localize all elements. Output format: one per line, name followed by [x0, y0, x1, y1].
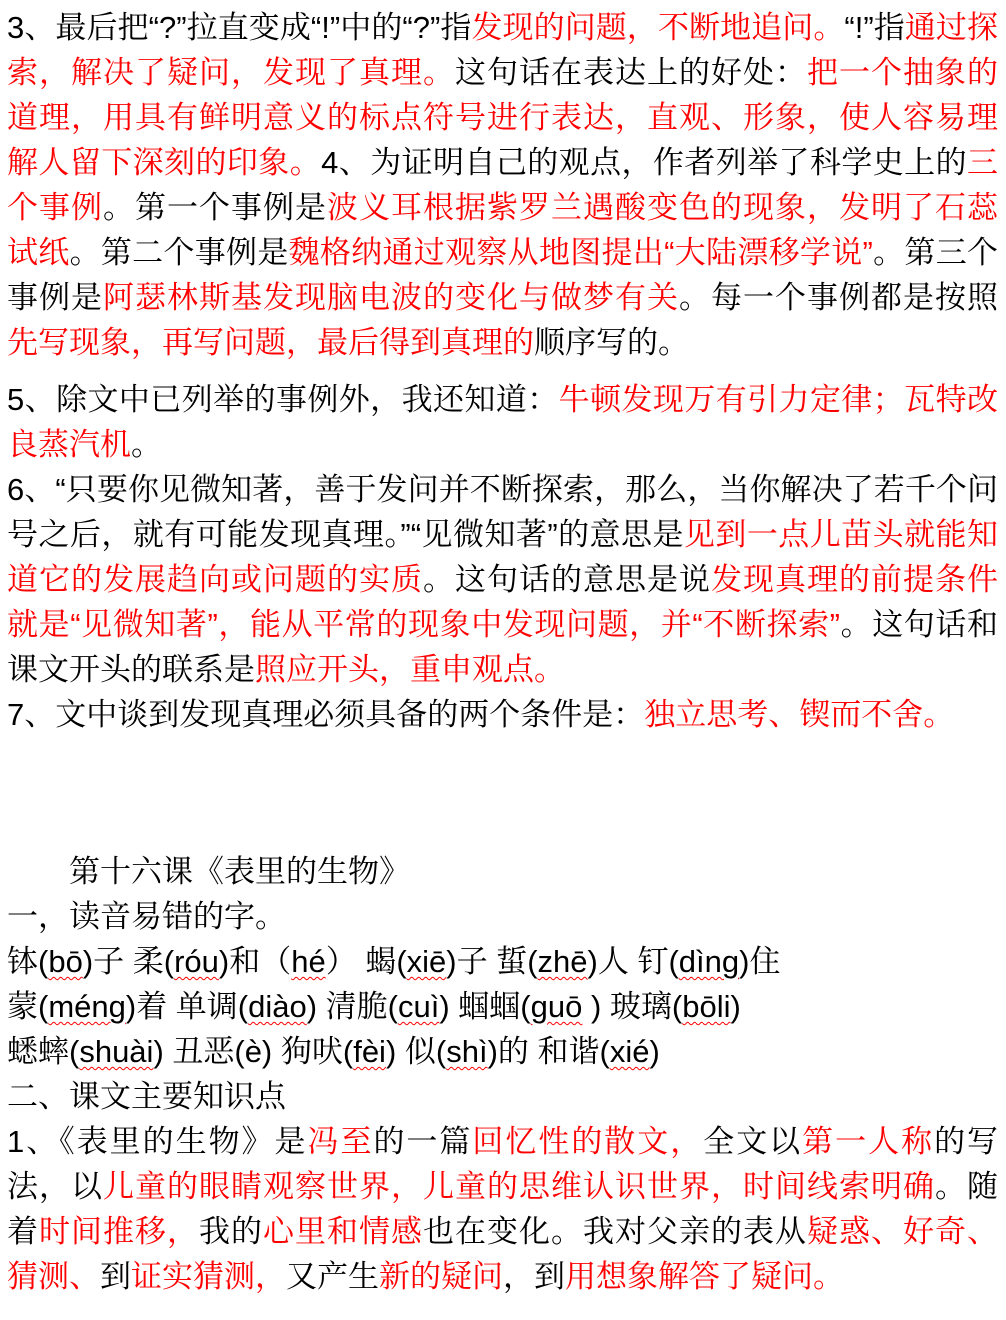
pinyin-annotation: xié — [610, 1034, 650, 1069]
body-text: 1、《表里的生物》是 — [7, 1124, 308, 1159]
highlight-red-text: 冯至 — [308, 1124, 374, 1159]
item-3-4: 3、最后把“?”拉直变成“!”中的“?”指发现的问题，不断地追问。“!”指通过探… — [7, 5, 998, 365]
pinyin-annotation: bōli — [682, 989, 730, 1024]
highlight-red-text: 时间推移， — [39, 1214, 199, 1249]
pinyin-annotation: xiē — [407, 944, 447, 979]
highlight-red-text: 证实猜测， — [131, 1259, 286, 1294]
item-7: 7、文中谈到发现真理必须具备的两个条件是：独立思考、锲而不舍。 — [7, 692, 998, 737]
section-1-heading: 一，读音易错的字。 — [7, 894, 998, 939]
body-text: )子 蜇( — [446, 944, 537, 979]
document-body: 3、最后把“?”拉直变成“!”中的“?”指发现的问题，不断地追问。“!”指通过探… — [7, 5, 998, 1299]
pinyin-annotation: cuì — [398, 989, 439, 1024]
body-text: 。第二个事例是 — [70, 235, 289, 270]
pinyin-line-2: 蒙(méng)着 单调(diào) 清脆(cuì) 蝈蝈(guō ) 玻璃(bō… — [7, 984, 998, 1029]
item-6: 6、“只要你见微知著，善于发问并不断探索，那么，当你解决了若千个问号之后，就有可… — [7, 467, 998, 692]
body-text: )和（ — [219, 944, 291, 979]
body-text: )子 柔( — [83, 944, 174, 979]
pinyin-annotation: shì — [446, 1034, 487, 1069]
body-text: 。第一个事例是 — [103, 190, 327, 225]
highlight-red-text: 第一人称 — [802, 1124, 934, 1159]
body-text: )人 钉( — [588, 944, 679, 979]
highlight-red-text: 发现的问题，不断地追问。 — [471, 10, 844, 45]
body-text: 二、课文主要知识点 — [7, 1079, 286, 1114]
pinyin-annotation: méng — [48, 989, 126, 1024]
body-text: 到 — [100, 1259, 131, 1294]
section-2-heading: 二、课文主要知识点 — [7, 1074, 998, 1119]
body-text: 顺序写的。 — [534, 325, 689, 360]
highlight-red-text: 魏格纳通过观察从地图提出“大陆漂移学说” — [289, 235, 873, 270]
lesson-title: 第十六课《表里的生物》 — [7, 849, 998, 894]
pinyin-annotation: shuài — [79, 1034, 153, 1069]
body-text: 。这句话的意思是说 — [423, 562, 711, 597]
pinyin-annotation: hé — [291, 944, 325, 979]
body-text: 。 — [131, 427, 162, 462]
highlight-red-text: 儿童的眼睛观察世界，儿童的思维认识世界，时间线索明确 — [103, 1169, 935, 1204]
body-text: 全文以 — [703, 1124, 802, 1159]
highlight-red-text: 先写现象，再写问题，最后得到真理的 — [7, 325, 534, 360]
body-text: ) 玻璃( — [582, 989, 682, 1024]
body-text: ) — [731, 989, 741, 1024]
pinyin-annotation: fèi — [353, 1034, 386, 1069]
body-text: 又产生 — [286, 1259, 379, 1294]
body-text: )着 单调( — [126, 989, 248, 1024]
body-text: 这句话在表达上的好处： — [455, 55, 807, 90]
highlight-red-text: 新的疑问 — [379, 1259, 503, 1294]
body-text: 蟋蟀( — [7, 1034, 79, 1069]
body-text: 。每一个事例都是按照 — [679, 280, 998, 315]
body-text: ） 蝎( — [326, 944, 407, 979]
pinyin-annotation: diào — [248, 989, 307, 1024]
pinyin-annotation: bō — [48, 944, 82, 979]
highlight-red-text: 照应开头，重申观点。 — [255, 652, 565, 687]
pinyin-annotation: róu — [174, 944, 219, 979]
highlight-red-text: 独立思考、锲而不舍。 — [644, 697, 954, 732]
body-text: ，到 — [503, 1259, 565, 1294]
pinyin-line-1: 钵(bō)子 柔(róu)和（hé） 蝎(xiē)子 蜇(zhē)人 钉(dìn… — [7, 939, 998, 984]
pinyin-annotation: guō — [531, 989, 583, 1024]
highlight-red-text: 阿瑟林斯基发现脑电波的变化与做梦有关 — [103, 280, 679, 315]
pinyin-annotation: zhē — [538, 944, 588, 979]
body-text: 一，读音易错的字。 — [7, 899, 286, 934]
highlight-red-text: 回忆性的散文， — [472, 1124, 703, 1159]
body-text: ) 清脆( — [307, 989, 398, 1024]
highlight-red-text: 用想象解答了疑问。 — [565, 1259, 844, 1294]
body-text: )的 和谐( — [488, 1034, 610, 1069]
body-text: ) 蝈蝈( — [439, 989, 530, 1024]
item-1: 1、《表里的生物》是冯至的一篇回忆性的散文，全文以第一人称的写法，以儿童的眼睛观… — [7, 1119, 998, 1299]
body-text: 的一篇 — [373, 1124, 472, 1159]
body-text: 第十六课《表里的生物》 — [69, 854, 410, 889]
body-text: ) — [649, 1034, 659, 1069]
highlight-red-text: 心里和情感 — [263, 1214, 423, 1249]
body-text: )住 — [739, 944, 780, 979]
body-text: 7、文中谈到发现真理必须具备的两个条件是： — [7, 697, 644, 732]
body-text: 4、为证明自己的观点，作者列举了科学史上的 — [321, 145, 967, 180]
body-text: “!”指 — [844, 10, 904, 45]
pinyin-annotation: dìng — [679, 944, 739, 979]
body-text: 钵( — [7, 944, 48, 979]
pinyin-line-3: 蟋蟀(shuài) 丑恶(è) 狗吠(fèi) 似(shì)的 和谐(xié) — [7, 1029, 998, 1074]
body-text: 5、除文中已列举的事例外，我还知道： — [7, 382, 559, 417]
body-text: 3、最后把“?”拉直变成“!”中的“?”指 — [7, 10, 471, 45]
body-text: 我的 — [199, 1214, 263, 1249]
item-5: 5、除文中已列举的事例外，我还知道：牛顿发现万有引力定律；瓦特改良蒸汽机。 — [7, 377, 998, 467]
body-text: ) 丑恶(è) 狗吠( — [153, 1034, 353, 1069]
body-text: 也在变化。我对父亲的表从 — [423, 1214, 807, 1249]
body-text: ) 似( — [386, 1034, 446, 1069]
body-text: 蒙( — [7, 989, 48, 1024]
